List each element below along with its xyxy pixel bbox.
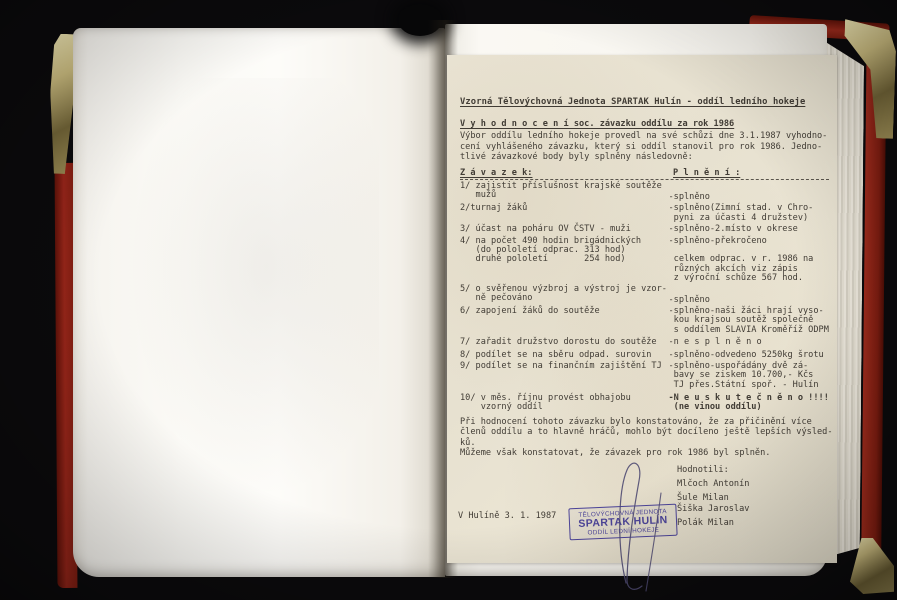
pledge-status-text: -splněno bbox=[668, 193, 829, 202]
evaluators-block: Hodnotili: Mlčoch Antonín Šule Milan Šiš… bbox=[677, 465, 749, 528]
typewritten-document: Vzorná Tělovýchovná Jednota SPARTAK Hulí… bbox=[447, 55, 837, 563]
document-intro-paragraph: Výbor oddílu ledního hokeje provedl na s… bbox=[460, 131, 829, 162]
pledge-status-text: -splněno-překročeno celkem odprac. v r. … bbox=[668, 237, 829, 283]
pledge-status-text: -splněno-naši žáci hrají vyso- kou krajs… bbox=[668, 307, 829, 335]
pledge-row: 7/ zařadit družstvo dorostu do soutěže -… bbox=[460, 338, 829, 347]
pledge-item-text: 1/ zajistit příslušnost krajské soutěže … bbox=[460, 182, 668, 202]
pledge-status-text: -n e s p l n ě n o bbox=[668, 338, 829, 347]
pledge-item-text: 7/ zařadit družstvo dorostu do soutěže bbox=[460, 338, 668, 347]
header-plneni: P l n ě n í : bbox=[673, 168, 740, 178]
pledge-table-header: Z á v a z e k: P l n ě n í : bbox=[460, 168, 829, 180]
pledge-item-text: 2/turnaj žáků bbox=[460, 204, 668, 222]
pledge-status-text: -splněno bbox=[668, 296, 829, 305]
pledge-row: 1/ zajistit příslušnost krajské soutěže … bbox=[460, 182, 829, 202]
pledge-row: 10/ v měs. říjnu provést obhajobu vzorný… bbox=[460, 394, 829, 412]
pledge-row: 4/ na počet 490 hodin brigádnických (do … bbox=[460, 237, 829, 283]
evaluator-name: Šule Milan bbox=[677, 493, 749, 503]
evaluator-name: Šiška Jaroslav bbox=[677, 504, 749, 514]
document-heading: V y h o d n o c e n í soc. závazku oddíl… bbox=[460, 119, 829, 129]
signature-ink bbox=[593, 457, 677, 600]
pledge-row: 3/ účast na poháru OV ČSTV - muži -splně… bbox=[460, 225, 829, 234]
pledge-item-text: 6/ zapojení žáků do soutěže bbox=[460, 307, 668, 335]
evaluators-heading: Hodnotili: bbox=[677, 465, 749, 475]
pledge-item-text: 3/ účast na poháru OV ČSTV - muži bbox=[460, 225, 668, 234]
pledge-row: 8/ podílet se na sběru odpad. surovin -s… bbox=[460, 351, 829, 360]
evaluator-name: Polák Milan bbox=[677, 518, 749, 528]
pledge-row: 6/ zapojení žáků do soutěže -splněno-naš… bbox=[460, 307, 829, 335]
document-title: Vzorná Tělovýchovná Jednota SPARTAK Hulí… bbox=[460, 97, 829, 107]
pledge-status-text: -splněno-odvedeno 5250kg šrotu bbox=[668, 351, 829, 360]
pledge-status-text: -splněno-2.místo v okrese bbox=[668, 225, 829, 234]
pledge-item-text: 8/ podílet se na sběru odpad. surovin bbox=[460, 351, 668, 360]
photo-of-open-book: { "photo": { "background_color": "#0b0a0… bbox=[0, 0, 897, 600]
pledge-status-text: -splněno(Zimní stad. v Chro- pyni za úča… bbox=[668, 204, 829, 222]
pledge-item-text: 5/ o svěřenou výzbroj a výstroj je vzor-… bbox=[460, 285, 668, 305]
closing-paragraph: Při hodnocení tohoto závazku bylo konsta… bbox=[460, 417, 829, 458]
pledge-item-text: 9/ podílet se na finančním zajištění TJ bbox=[460, 362, 668, 390]
pledge-row: 9/ podílet se na finančním zajištění TJ … bbox=[460, 362, 829, 390]
place-date: V Hulíně 3. 1. 1987 bbox=[458, 511, 556, 521]
pledge-row: 2/turnaj žáků -splněno(Zimní stad. v Chr… bbox=[460, 204, 829, 222]
header-zavazek: Z á v a z e k: bbox=[460, 168, 532, 178]
pledge-item-text: 10/ v měs. říjnu provést obhajobu vzorný… bbox=[460, 394, 668, 412]
pledge-status-text: -splněno-uspořádány dvě zá- bavy se zisk… bbox=[668, 362, 829, 390]
evaluator-name: Mlčoch Antonín bbox=[677, 479, 749, 489]
pledge-status-text: -N e u s k u t e č n ě n o !!!! (ne vino… bbox=[668, 394, 829, 412]
left-blank-page bbox=[73, 28, 445, 577]
pledge-row: 5/ o svěřenou výzbroj a výstroj je vzor-… bbox=[460, 285, 829, 305]
pledge-item-text: 4/ na počet 490 hodin brigádnických (do … bbox=[460, 237, 668, 283]
